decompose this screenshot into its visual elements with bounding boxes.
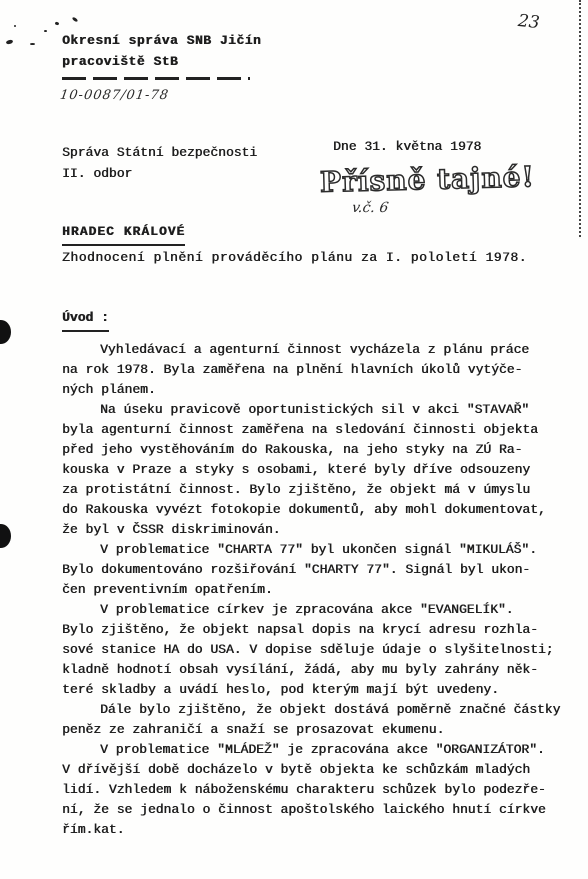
paragraph-2: Na úseku pravicově oportunistických sil … — [62, 400, 574, 540]
ink-speck — [72, 17, 79, 23]
ink-speck — [44, 30, 47, 32]
ink-speck — [30, 43, 35, 45]
letterhead: Okresní správa SNB Jičín pracoviště StB — [62, 30, 261, 72]
paragraph-5: Dále bylo zjištěno, že objekt dostává po… — [62, 700, 574, 740]
paragraph-3: V problematice "CHARTA 77" byl ukončen s… — [62, 540, 574, 600]
date-line: Dne 31. května 1978 — [333, 137, 481, 157]
section-heading-intro: Úvod : — [62, 308, 109, 332]
binding-hole-mark — [0, 524, 11, 548]
letterhead-office-line1: Okresní správa SNB Jičín — [62, 30, 261, 51]
recipient-block: Správa Státní bezpečnosti II. odbor HRAD… — [62, 142, 257, 246]
document-title: Zhodnocení plnění prováděcího plánu za I… — [62, 248, 527, 268]
handwritten-copy-note: v.č. 6 — [351, 200, 390, 216]
document-body: Vyhledávací a agenturní činnost vycházel… — [62, 340, 574, 840]
classification-stamp: Přísně tajné! — [320, 160, 536, 199]
paragraph-1: Vyhledávací a agenturní činnost vycházel… — [62, 340, 574, 400]
recipient-city: HRADEC KRÁLOVÉ — [62, 222, 185, 246]
binding-hole-mark — [0, 320, 11, 344]
recipient-line2: II. odbor — [62, 163, 257, 184]
handwritten-page-number: 23 — [517, 11, 541, 33]
ink-speck — [6, 39, 14, 45]
ink-speck — [55, 21, 60, 25]
letterhead-office-line2: pracoviště StB — [62, 51, 261, 72]
letterhead-underline — [62, 77, 250, 80]
paragraph-4: V problematice církev je zpracována akce… — [62, 600, 574, 700]
section-heading-intro-label: Úvod : — [62, 308, 109, 332]
handwritten-file-number: 10-0087/01-78 — [59, 88, 170, 103]
scan-edge-dotted-line — [579, 0, 581, 237]
paragraph-6: V problematice "MLÁDEŽ" je zpracována ak… — [62, 740, 574, 840]
scanned-document-page: 23 Okresní správa SNB Jičín pracoviště S… — [0, 0, 588, 879]
ink-speck — [14, 25, 16, 27]
recipient-line1: Správa Státní bezpečnosti — [62, 142, 257, 163]
